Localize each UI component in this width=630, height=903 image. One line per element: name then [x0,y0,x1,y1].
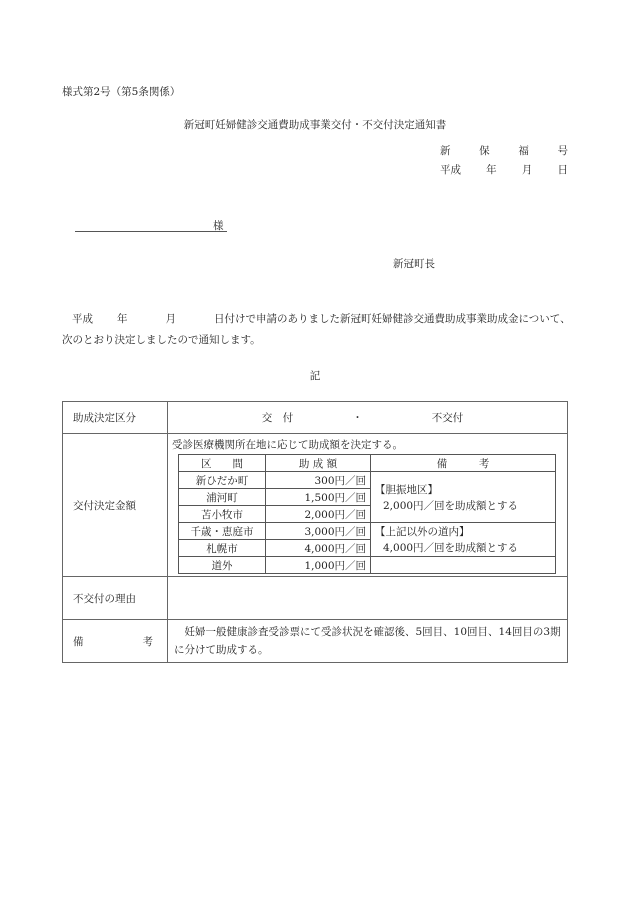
rate-row: 道外 1,000円／回 [179,557,556,574]
amount: 300円／回 [266,472,371,489]
reason-field[interactable] [168,577,568,620]
area: 札幌市 [179,540,266,557]
addressee-suffix: 様 [213,218,224,233]
option-separator: ・ [328,410,388,425]
amount-row: 交付決定金額 受診医療機関所在地に応じて助成額を決定する。 区 間 助 成 額 … [63,434,568,577]
amount: 1,500円／回 [266,489,371,506]
note-text: 4,000円／回を助成額とする [375,540,551,556]
amount-value: 受診医療機関所在地に応じて助成額を決定する。 区 間 助 成 額 備 考 新ひだ… [168,434,568,577]
issue-date: 平成 年 月 日 [440,162,568,177]
ref-part: 号 [557,143,568,158]
area: 新ひだか町 [179,472,266,489]
rate-row: 千歳・恵庭市 3,000円／回 【上記以外の道内】 4,000円／回を助成額とす… [179,523,556,540]
option-nogrant[interactable]: 不交付 [388,410,508,425]
note-other-hokkaido: 【上記以外の道内】 4,000円／回を助成額とする [371,523,556,557]
body-year: 年 [117,313,128,325]
date-year: 年 [486,162,497,177]
document-title: 新冠町妊婦健診交通費助成事業交付・不交付決定通知書 [0,117,630,132]
date-day: 日 [557,162,568,177]
decision-table: 助成決定区分 交 付 ・ 不交付 交付決定金額 受診医療機関所在地に応じて助成額… [62,401,568,663]
remarks-label-left: 備 [73,634,84,649]
col-amount: 助 成 額 [266,455,371,472]
ki-heading: 記 [0,368,630,383]
reason-label: 不交付の理由 [63,577,168,620]
ref-part: 保 [479,143,490,158]
addressee-name-field[interactable] [75,219,227,232]
reference-number: 新 保 福 号 [440,143,568,158]
date-month: 月 [522,162,533,177]
sender: 新冠町長 [393,256,435,271]
amount-label: 交付決定金額 [63,434,168,577]
date-era: 平成 [440,162,461,177]
decision-row: 助成決定区分 交 付 ・ 不交付 [63,402,568,434]
remarks-value: 妊婦一般健康診査受診票にて受診状況を確認後、5回目、10回目、14回目の3期に分… [168,620,568,663]
form-number: 様式第2号（第5条関係） [62,84,180,99]
amount: 2,000円／回 [266,506,371,523]
subsidy-rate-table: 区 間 助 成 額 備 考 新ひだか町 300円／回 【胆振地区】 2,000円… [178,454,556,574]
col-notes: 備 考 [371,455,556,472]
amount: 1,000円／回 [266,557,371,574]
area: 千歳・恵庭市 [179,523,266,540]
amount: 4,000円／回 [266,540,371,557]
remarks-label-right: 考 [143,634,154,649]
ref-part: 新 [440,143,451,158]
decision-value: 交 付 ・ 不交付 [168,402,568,434]
ref-part: 福 [518,143,529,158]
area: 苫小牧市 [179,506,266,523]
note-empty [371,557,556,574]
area: 浦河町 [179,489,266,506]
remarks-row: 備 考 妊婦一般健康診査受診票にて受診状況を確認後、5回目、10回目、14回目の… [63,620,568,663]
option-grant[interactable]: 交 付 [228,410,328,425]
body-text: 日付けで申請のありました新冠町妊婦健診交通費助成事業助成金について、次のとおり決… [62,313,571,346]
remarks-label: 備 考 [63,620,168,663]
note-text: 2,000円／回を助成額とする [375,498,551,514]
note-iburi: 【胆振地区】 2,000円／回を助成額とする [371,472,556,523]
reason-row: 不交付の理由 [63,577,568,620]
amount-intro: 受診医療機関所在地に応じて助成額を決定する。 [168,434,567,452]
note-heading: 【上記以外の道内】 [375,524,551,540]
notice-body: 平成年月日付けで申請のありました新冠町妊婦健診交通費助成事業助成金について、次の… [62,309,578,351]
rate-row: 新ひだか町 300円／回 【胆振地区】 2,000円／回を助成額とする [179,472,556,489]
note-heading: 【胆振地区】 [375,482,551,498]
decision-label: 助成決定区分 [63,402,168,434]
rate-header-row: 区 間 助 成 額 備 考 [179,455,556,472]
body-month: 月 [166,313,177,325]
col-area: 区 間 [179,455,266,472]
remarks-text: 妊婦一般健康診査受診票にて受診状況を確認後、5回目、10回目、14回目の3期に分… [168,621,567,661]
body-era: 平成 [72,313,93,325]
area: 道外 [179,557,266,574]
amount: 3,000円／回 [266,523,371,540]
